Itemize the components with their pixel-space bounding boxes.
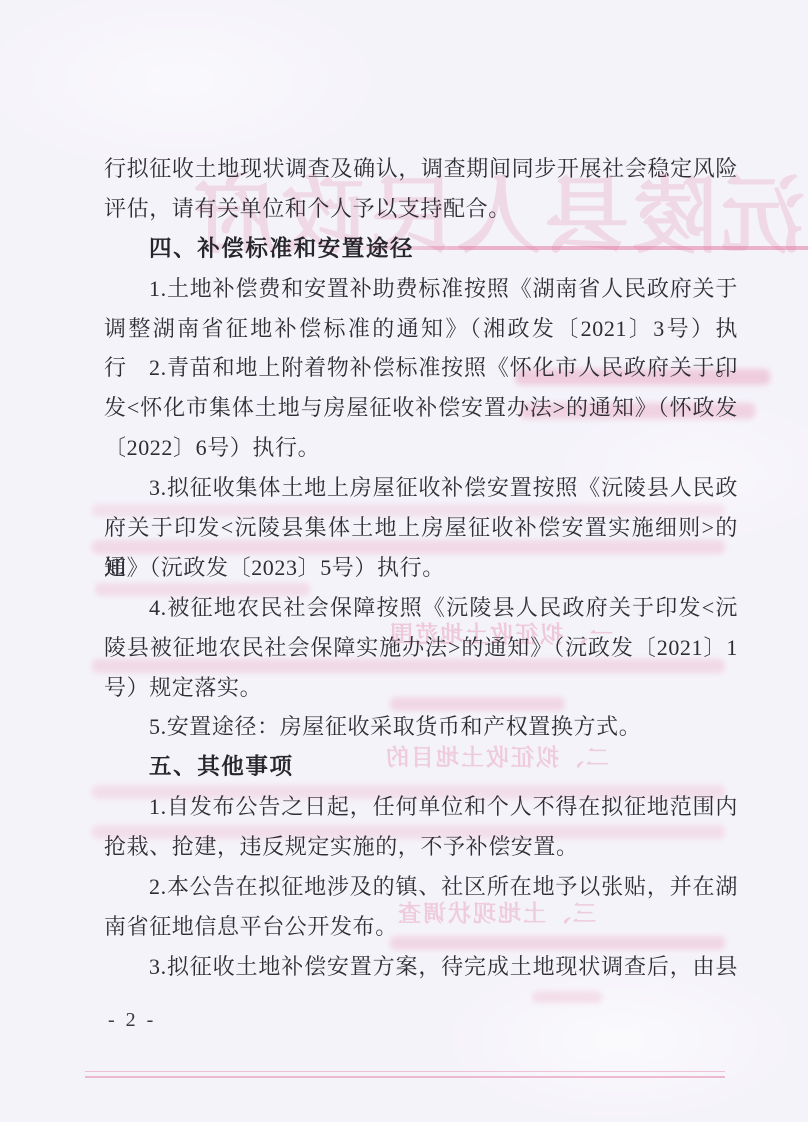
text-line: 调整湖南省征地补偿标准的通知》（湘政发〔2021〕3号）执行。 xyxy=(104,309,738,349)
scanned-document-page: 沅陵县人民政府 一、拟征收土地范围二、拟征收土地目的三、土地现状调查 行拟征收土… xyxy=(0,0,808,1122)
document-body-text: 行拟征收土地现状调查及确认，调查期间同步开展社会稳定风险评估，请有关单位和个人予… xyxy=(104,149,738,987)
text-line: 陵县被征地农民社会保障实施办法>的通知》（沅政发〔2021〕1 xyxy=(104,628,738,668)
bleedthrough-text-smudge xyxy=(532,991,602,1003)
text-line: 2.本公告在拟征地涉及的镇、社区所在地予以张贴，并在湖 xyxy=(104,867,738,907)
text-line: 评估，请有关单位和个人予以支持配合。 xyxy=(104,189,738,229)
text-line: 1.自发布公告之日起，任何单位和个人不得在拟征地范围内 xyxy=(104,787,738,827)
text-line: 〔2022〕6号）执行。 xyxy=(104,428,738,468)
text-line: 4.被征地农民社会保障按照《沅陵县人民政府关于印发<沅 xyxy=(104,588,738,628)
text-line: 3.拟征收集体土地上房屋征收补偿安置按照《沅陵县人民政 xyxy=(104,468,738,508)
section-heading: 四、补偿标准和安置途径 xyxy=(104,229,738,269)
text-line: 府关于印发<沅陵县集体土地上房屋征收补偿安置实施细则>的通 xyxy=(104,508,738,548)
text-line: 3.拟征收土地补偿安置方案，待完成土地现状调查后，由县 xyxy=(104,947,738,987)
bleedthrough-footer-double-rule xyxy=(85,1071,725,1078)
text-line: 知》（沅政发〔2023〕5号）执行。 xyxy=(104,548,738,588)
text-line: 2.青苗和地上附着物补偿标准按照《怀化市人民政府关于印 xyxy=(104,348,738,388)
text-line: 发<怀化市集体土地与房屋征收补偿安置办法>的通知》（怀政发 xyxy=(104,388,738,428)
text-line: 南省征地信息平台公开发布。 xyxy=(104,907,738,947)
section-heading: 五、其他事项 xyxy=(104,747,738,787)
text-line: 1.土地补偿费和安置补助费标准按照《湖南省人民政府关于 xyxy=(104,269,738,309)
text-line: 抢栽、抢建，违反规定实施的，不予补偿安置。 xyxy=(104,827,738,867)
text-line: 号）规定落实。 xyxy=(104,668,738,708)
text-line: 行拟征收土地现状调查及确认，调查期间同步开展社会稳定风险 xyxy=(104,149,738,189)
page-number: - 2 - xyxy=(108,1008,156,1032)
text-line: 5.安置途径：房屋征收采取货币和产权置换方式。 xyxy=(104,707,738,747)
